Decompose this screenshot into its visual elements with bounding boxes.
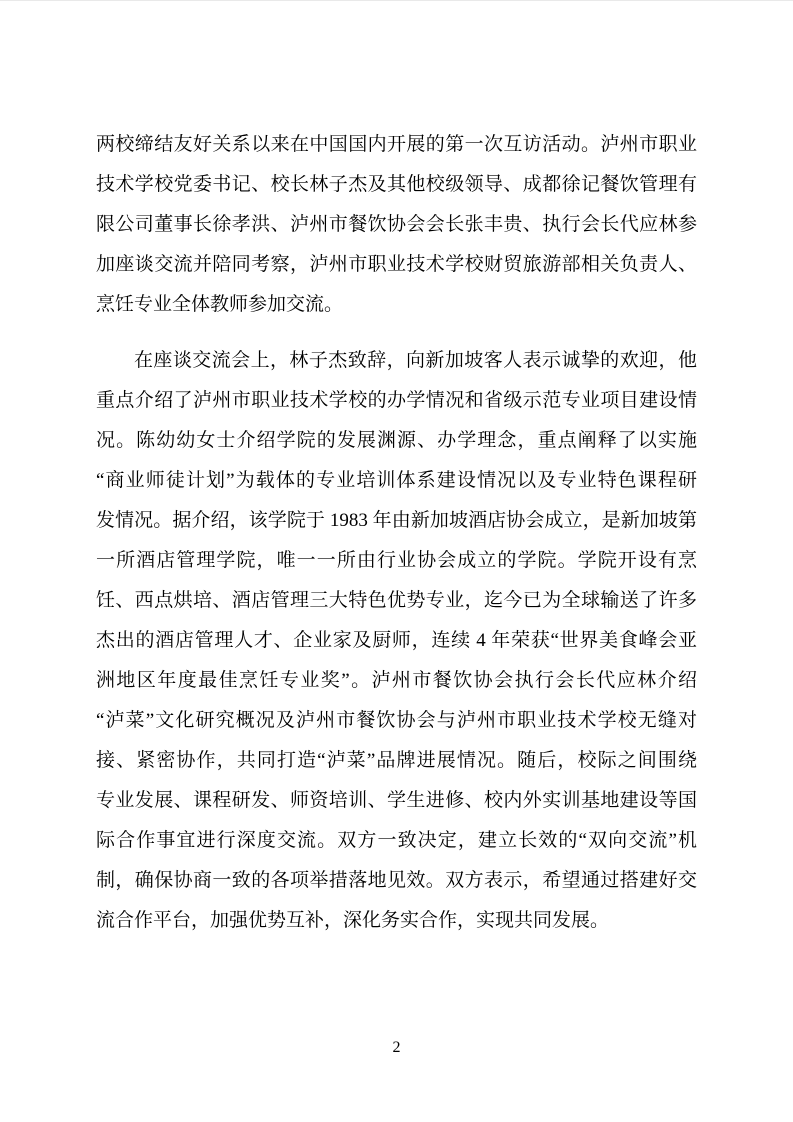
- text-line: 技术学校党委书记、校长林子杰及其他校级领导、成都徐记餐饮管理有: [96, 165, 697, 205]
- paragraph: 两校缔结友好关系以来在中国国内开展的第一次互访活动。泸州市职业技术学校党委书记、…: [96, 125, 697, 325]
- text-line: 况。陈幼幼女士介绍学院的发展渊源、办学理念，重点阐释了以实施: [96, 421, 697, 461]
- text-line: 一所酒店管理学院，唯一一所由行业协会成立的学院。学院开设有烹: [96, 541, 697, 581]
- text-line: 专业发展、课程研发、师资培训、学生进修、校内外实训基地建设等国: [96, 781, 697, 821]
- page-footer: 2: [0, 1038, 793, 1058]
- text-line: 加座谈交流并陪同考察，泸州市职业技术学校财贸旅游部相关负责人、: [96, 245, 697, 285]
- text-line: 杰出的酒店管理人才、企业家及厨师，连续 4 年荣获“世界美食峰会亚: [96, 621, 697, 661]
- text-line: 饪、西点烘培、酒店管理三大特色优势专业，迄今已为全球输送了许多: [96, 581, 697, 621]
- text-line: 烹饪专业全体教师参加交流。: [96, 285, 697, 325]
- document-body: 两校缔结友好关系以来在中国国内开展的第一次互访活动。泸州市职业技术学校党委书记、…: [96, 125, 697, 941]
- text-line: 制，确保协商一致的各项举措落地见效。双方表示，希望通过搭建好交: [96, 861, 697, 901]
- text-line: 重点介绍了泸州市职业技术学校的办学情况和省级示范专业项目建设情: [96, 381, 697, 421]
- text-line: 洲地区年度最佳烹饪专业奖”。泸州市餐饮协会执行会长代应林介绍: [96, 661, 697, 701]
- paragraph: 在座谈交流会上，林子杰致辞，向新加坡客人表示诚挚的欢迎，他重点介绍了泸州市职业技…: [96, 341, 697, 941]
- text-line: 流合作平台，加强优势互补，深化务实合作，实现共同发展。: [96, 901, 697, 941]
- text-line: “泸菜”文化研究概况及泸州市餐饮协会与泸州市职业技术学校无缝对: [96, 701, 697, 741]
- text-line: “商业师徒计划”为载体的专业培训体系建设情况以及专业特色课程研: [96, 461, 697, 501]
- document-page: 两校缔结友好关系以来在中国国内开展的第一次互访活动。泸州市职业技术学校党委书记、…: [0, 0, 793, 1122]
- text-line: 接、紧密协作，共同打造“泸菜”品牌进展情况。随后，校际之间围绕: [96, 741, 697, 781]
- text-line: 发情况。据介绍，该学院于 1983 年由新加坡酒店协会成立，是新加坡第: [96, 501, 697, 541]
- page-edge: [0, 0, 793, 1]
- text-line: 限公司董事长徐孝洪、泸州市餐饮协会会长张丰贵、执行会长代应林参: [96, 205, 697, 245]
- text-line: 两校缔结友好关系以来在中国国内开展的第一次互访活动。泸州市职业: [96, 125, 697, 165]
- text-line: 在座谈交流会上，林子杰致辞，向新加坡客人表示诚挚的欢迎，他: [96, 341, 697, 381]
- text-line: 际合作事宜进行深度交流。双方一致决定，建立长效的“双向交流”机: [96, 821, 697, 861]
- page-number: 2: [393, 1039, 401, 1056]
